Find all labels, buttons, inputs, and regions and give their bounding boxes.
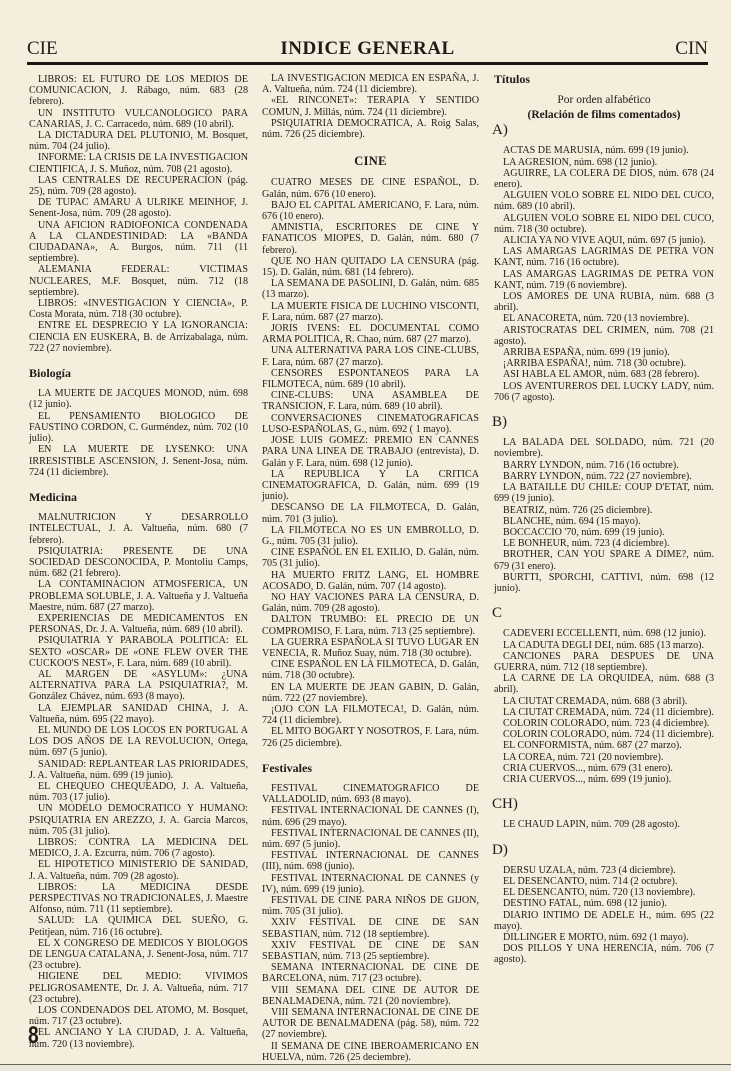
index-entry: EN LA MUERTE DE JEAN GABIN, D. Galán, nú… <box>262 682 479 704</box>
letter-heading: B) <box>492 417 714 428</box>
letter-group-entries: LA BALADA DEL SOLDADO, núm. 721 (20 novi… <box>494 437 714 594</box>
index-entry: LAS AMARGAS LAGRIMAS DE PETRA VON KANT, … <box>494 246 714 268</box>
letter-heading: C <box>492 608 714 619</box>
index-entry: VIII SEMANA INTERNACIONAL DE CINE DE AUT… <box>262 1007 479 1041</box>
index-entry: QUE NO HAN QUITADO LA CENSURA (pág. 15).… <box>262 256 479 278</box>
index-entry: AMNISTIA, ESCRITORES DE CINE Y FANATICOS… <box>262 222 479 256</box>
index-entry: LA CADUTA DEGLI DEI, núm. 685 (13 marzo)… <box>494 640 714 651</box>
index-entry: INFORME: LA CRISIS DE LA INVESTIGACION C… <box>29 152 248 174</box>
letter-group-entries: DERSU UZALA, núm. 723 (4 diciembre).EL D… <box>494 865 714 966</box>
index-entry: «EL RINCONET»: TERAPIA Y SENTIDO COMUN, … <box>262 95 479 117</box>
index-entry: PSIQUIATRIA: PRESENTE DE UNA SOCIEDAD DE… <box>29 546 248 580</box>
index-entry: EXPERIENCIAS DE MEDICAMENTOS EN PERSONAS… <box>29 613 248 635</box>
index-entry: EL DESENCANTO, núm. 720 (13 noviembre). <box>494 887 714 898</box>
section-heading-festivales: Festivales <box>262 763 479 774</box>
index-entry: ASI HABLA EL AMOR, núm. 683 (28 febrero)… <box>494 369 714 380</box>
index-entry: ACTAS DE MARUSIA, núm. 699 (19 junio). <box>494 145 714 156</box>
index-entry: LA BATAILLE DU CHILE: COUP D'ETAT, núm. … <box>494 482 714 504</box>
index-entry: CANCIONES PARA DESPUES DE UNA GUERRA, nú… <box>494 651 714 673</box>
index-entry: FESTIVAL INTERNACIONAL DE CANNES (III), … <box>262 850 479 872</box>
index-entry: CADEVERI ECCELLENTI, núm. 698 (12 junio)… <box>494 628 714 639</box>
index-entry: LOS AMORES DE UNA RUBIA, núm. 688 (3 abr… <box>494 291 714 313</box>
index-entry: COLORIN COLORADO, núm. 723 (4 diciembre)… <box>494 718 714 729</box>
index-entry: LIBROS: CONTRA LA MEDICINA DEL MEDICO, J… <box>29 837 248 859</box>
index-entry: ALGUIEN VOLO SOBRE EL NIDO DEL CUCO, núm… <box>494 190 714 212</box>
index-entry: SANIDAD: REPLANTEAR LAS PRIORIDADES, J. … <box>29 759 248 781</box>
index-entry: FESTIVAL INTERNACIONAL DE CANNES (I), nú… <box>262 805 479 827</box>
index-entry: LA REPUBLICA Y LA CRITICA CINEMATOGRAFIC… <box>262 469 479 503</box>
index-entry: DOS PILLOS Y UNA HERENCIA, núm. 706 (7 a… <box>494 943 714 965</box>
index-entry: SALUD: LA QUIMICA DEL SUEÑO, G. Petitjea… <box>29 915 248 937</box>
page-title: INDICE GENERAL <box>27 38 708 60</box>
index-entry: FESTIVAL CINEMATOGRAFICO DE VALLADOLID, … <box>262 783 479 805</box>
index-entry: BURTTI, SPORCHI, CATTIVI, núm. 698 (12 j… <box>494 572 714 594</box>
ciencia-subsections: BiologíaLA MUERTE DE JACQUES MONOD, núm.… <box>29 368 248 1050</box>
cine-entries: CUATRO MESES DE CINE ESPAÑOL, D. Galán, … <box>262 177 479 748</box>
index-entry: EL CHEQUEO CHEQUEADO, J. A. Valtueña, nú… <box>29 781 248 803</box>
index-entry: PSIQUIATRIA Y PARABOLA POLITICA: EL SEXT… <box>29 635 248 669</box>
index-entry: FESTIVAL DE CINE PARA NIÑOS DE GIJON, nú… <box>262 895 479 917</box>
index-entry: LIBROS: LA MEDICINA DESDE PERSPECTIVAS N… <box>29 882 248 916</box>
letter-heading: D) <box>492 845 714 856</box>
section-heading: Biología <box>29 368 248 379</box>
index-entry: BAJO EL CAPITAL AMERICANO, F. Lara, núm.… <box>262 200 479 222</box>
letter-group-entries: ACTAS DE MARUSIA, núm. 699 (19 junio).LA… <box>494 145 714 403</box>
index-entry: BARRY LYNDON, núm. 716 (16 octubre). <box>494 460 714 471</box>
index-entry: DE TUPAC AMARU A ULRIKE MEINHOF, J. Sene… <box>29 197 248 219</box>
index-entry: LIBROS: «INVESTIGACION Y CIENCIA», P. Co… <box>29 298 248 320</box>
index-entry: UNA ALTERNATIVA PARA LOS CINE-CLUBS, F. … <box>262 345 479 367</box>
index-entry: LA BALADA DEL SOLDADO, núm. 721 (20 novi… <box>494 437 714 459</box>
index-entry: CENSORES ESPONTANEOS PARA LA FILMOTECA, … <box>262 368 479 390</box>
index-entry: LOS CONDENADOS DEL ATOMO, M. Bosquet, nú… <box>29 1005 248 1027</box>
titulos-letter-groups: A)ACTAS DE MARUSIA, núm. 699 (19 junio).… <box>494 125 714 965</box>
page-number: 8 <box>28 1022 39 1050</box>
index-entry: ALGUIEN VOLO SOBRE EL NIDO DEL CUCO, núm… <box>494 213 714 235</box>
index-entry: UNA AFICION RADIOFONICA CONDENADA A LA C… <box>29 220 248 265</box>
section-entries: LA MUERTE DE JACQUES MONOD, núm. 698 (12… <box>29 388 248 478</box>
index-entry: AL MARGEN DE «ASYLUM»: ¿UNA ALTERNATIVA … <box>29 669 248 703</box>
index-entry: EL PENSAMIENTO BIOLOGICO DE FAUSTINO COR… <box>29 411 248 445</box>
index-entry: EL ANCIANO Y LA CIUDAD, J. A. Valtueña, … <box>29 1027 248 1049</box>
column-2: LA INVESTIGACION MEDICA EN ESPAÑA, J. A.… <box>262 73 479 1063</box>
index-entry: JORIS IVENS: EL DOCUMENTAL COMO ARMA POL… <box>262 323 479 345</box>
index-entry: LA CIUTAT CREMADA, núm. 688 (3 abril). <box>494 696 714 707</box>
index-entry: EL MITO BOGART Y NOSOTROS, F. Lara, núm.… <box>262 726 479 748</box>
index-entry: EL X CONGRESO DE MEDICOS Y BIOLOGOS DE L… <box>29 938 248 972</box>
index-entry: CRIA CUERVOS..., núm. 679 (31 enero). <box>494 763 714 774</box>
index-entry: EL DESENCANTO, núm. 714 (2 octubre). <box>494 876 714 887</box>
section-heading: Medicina <box>29 492 248 503</box>
index-entry: LE BONHEUR, núm. 723 (4 diciembre). <box>494 538 714 549</box>
index-entry: FESTIVAL INTERNACIONAL DE CANNES (y IV),… <box>262 873 479 895</box>
index-entry: MALNUTRICION Y DESARROLLO INTELECTUAL, J… <box>29 512 248 546</box>
index-entry: UN INSTITUTO VULCANOLOGICO PARA CANARIAS… <box>29 108 248 130</box>
titulos-subtitle: Por orden alfabético <box>494 94 714 107</box>
index-entry: EL MUNDO DE LOS LOCOS EN PORTUGAL A LOS … <box>29 725 248 759</box>
index-entry: BARRY LYNDON, núm. 722 (27 noviembre). <box>494 471 714 482</box>
index-entry: LA GUERRA ESPAÑOLA SI TUVO LUGAR EN VENE… <box>262 637 479 659</box>
medicina-continued-entries: LA INVESTIGACION MEDICA EN ESPAÑA, J. A.… <box>262 73 479 140</box>
index-entry: LA EJEMPLAR SANIDAD CHINA, J. A. Valtueñ… <box>29 703 248 725</box>
index-entry: EL HIPOTETICO MINISTERIO DE SANIDAD, J. … <box>29 859 248 881</box>
index-entry: HIGIENE DEL MEDIO: VIVIMOS PELIGROSAMENT… <box>29 971 248 1005</box>
index-entry: DERSU UZALA, núm. 723 (4 diciembre). <box>494 865 714 876</box>
index-entry: LA DICTADURA DEL PLUTONIO, M. Bosquet, n… <box>29 130 248 152</box>
index-entry: JOSE LUIS GOMEZ: PREMIO EN CANNES PARA U… <box>262 435 479 469</box>
index-entry: PSIQUIATRIA DEMOCRATICA, A. Roig Salas, … <box>262 118 479 140</box>
index-entry: BEATRIZ, núm. 726 (25 diciembre). <box>494 505 714 516</box>
index-entry: ENTRE EL DESPRECIO Y LA IGNORANCIA: CIEN… <box>29 320 248 354</box>
index-entry: XXIV FESTIVAL DE CINE DE SAN SEBASTIAN, … <box>262 917 479 939</box>
index-entry: BROTHER, CAN YOU SPARE A DIME?, núm. 679… <box>494 549 714 571</box>
festivales-entries: FESTIVAL CINEMATOGRAFICO DE VALLADOLID, … <box>262 783 479 1063</box>
index-entry: BOCCACCIO '70, núm. 699 (19 junio). <box>494 527 714 538</box>
index-entry: LA FILMOTECA NO ES UN EMBROLLO, D. G., n… <box>262 525 479 547</box>
index-entry: DILLINGER E MORTO, núm. 692 (1 mayo). <box>494 932 714 943</box>
index-entry: DESCANSO DE LA FILMOTECA, D. Galán, núm.… <box>262 502 479 524</box>
index-entry: XXIV FESTIVAL DE CINE DE SAN SEBASTIAN, … <box>262 940 479 962</box>
index-entry: DESTINO FATAL, núm. 698 (12 junio). <box>494 898 714 909</box>
index-entry: CUATRO MESES DE CINE ESPAÑOL, D. Galán, … <box>262 177 479 199</box>
index-entry: COLORIN COLORADO, núm. 724 (11 diciembre… <box>494 729 714 740</box>
index-entry: SEMANA INTERNACIONAL DE CINE DE BARCELON… <box>262 962 479 984</box>
index-entry: HA MUERTO FRITZ LANG, EL HOMBRE ACOSADO,… <box>262 570 479 592</box>
index-entry: LAS CENTRALES DE RECUPERACION (pág. 25),… <box>29 175 248 197</box>
index-entry: NO HAY VACIONES PARA LA CENSURA, D. Galá… <box>262 592 479 614</box>
index-entry: VIII SEMANA DEL CINE DE AUTOR DE BENALMA… <box>262 985 479 1007</box>
index-entry: EL ANACORETA, núm. 720 (13 noviembre). <box>494 313 714 324</box>
index-entry: AGUIRRE, LA COLERA DE DIOS, núm. 678 (24… <box>494 168 714 190</box>
index-entry: EN LA MUERTE DE LYSENKO: UNA IRRESISTIBL… <box>29 444 248 478</box>
page-header: CIE INDICE GENERAL CIN <box>27 36 708 65</box>
header-range-end: CIN <box>675 38 708 60</box>
section-entries: MALNUTRICION Y DESARROLLO INTELECTUAL, J… <box>29 512 248 1050</box>
index-entry: EL CONFORMISTA, núm. 687 (27 marzo). <box>494 740 714 751</box>
letter-heading: CH) <box>492 799 714 810</box>
section-heading-titulos: Títulos <box>494 74 714 85</box>
index-entry: LA MUERTE FISICA DE LUCHINO VISCONTI, F.… <box>262 301 479 323</box>
index-entry: LA INVESTIGACION MEDICA EN ESPAÑA, J. A.… <box>262 73 479 95</box>
index-entry: II SEMANA DE CINE IBEROAMERICANO EN HUEL… <box>262 1041 479 1063</box>
index-entry: DIARIO INTIMO DE ADELE H., núm. 695 (22 … <box>494 910 714 932</box>
index-entry: CRIA CUERVOS..., núm. 699 (19 junio). <box>494 774 714 785</box>
index-entry: CINE ESPAÑOL EN EL EXILIO, D. Galán, núm… <box>262 547 479 569</box>
index-entry: ¡ARRIBA ESPAÑA!, núm. 718 (30 octubre). <box>494 358 714 369</box>
index-entry: LA MUERTE DE JACQUES MONOD, núm. 698 (12… <box>29 388 248 410</box>
index-entry: ALICIA YA NO VIVE AQUI, núm. 697 (5 juni… <box>494 235 714 246</box>
section-heading-cine: CINE <box>262 156 479 167</box>
index-entry: LA COREA, núm. 721 (20 noviembre). <box>494 752 714 763</box>
index-entry: CINE ESPAÑOL EN LA FILMOTECA, D. Galán, … <box>262 659 479 681</box>
titulos-subtitle-bold: (Relación de films comentados) <box>494 109 714 122</box>
ciencia-entries: LIBROS: EL FUTURO DE LOS MEDIOS DE COMUN… <box>29 74 248 354</box>
letter-group-entries: LE CHAUD LAPIN, núm. 709 (28 agosto). <box>494 819 714 830</box>
index-page: CIE INDICE GENERAL CIN LIBROS: EL FUTURO… <box>0 0 731 1065</box>
index-entry: LAS AMARGAS LAGRIMAS DE PETRA VON KANT, … <box>494 269 714 291</box>
index-entry: LE CHAUD LAPIN, núm. 709 (28 agosto). <box>494 819 714 830</box>
index-entry: ARISTOCRATAS DEL CRIMEN, núm. 708 (21 ag… <box>494 325 714 347</box>
index-entry: LA CIUTAT CREMADA, núm. 724 (11 diciembr… <box>494 707 714 718</box>
index-entry: LOS AVENTUREROS DEL LUCKY LADY, núm. 706… <box>494 381 714 403</box>
column-1: LIBROS: EL FUTURO DE LOS MEDIOS DE COMUN… <box>29 74 248 1050</box>
index-entry: LA SEMANA DE PASOLINI, D. Galán, núm. 68… <box>262 278 479 300</box>
index-entry: ARRIBA ESPAÑA, núm. 699 (19 junio). <box>494 347 714 358</box>
index-entry: LA AGRESION, núm. 698 (12 junio). <box>494 157 714 168</box>
index-entry: CONVERSACIONES CINEMATOGRAFICAS LUSO-ESP… <box>262 413 479 435</box>
index-entry: CINE-CLUBS: UNA ASAMBLEA DE TRANSICION, … <box>262 390 479 412</box>
column-3: Títulos Por orden alfabético (Relación d… <box>494 74 714 966</box>
index-entry: LA CARNE DE LA ORQUIDEA, núm. 688 (3 abr… <box>494 673 714 695</box>
index-entry: FESTIVAL INTERNACIONAL DE CANNES (II), n… <box>262 828 479 850</box>
index-entry: LA CONTAMINACION ATMOSFERICA, UN PROBLEM… <box>29 579 248 613</box>
index-entry: BLANCHE, núm. 694 (15 mayo). <box>494 516 714 527</box>
letter-heading: A) <box>492 125 714 136</box>
index-entry: LIBROS: EL FUTURO DE LOS MEDIOS DE COMUN… <box>29 74 248 108</box>
letter-group-entries: CADEVERI ECCELLENTI, núm. 698 (12 junio)… <box>494 628 714 785</box>
index-entry: ALEMANIA FEDERAL: VICTIMAS NUCLEARES, M.… <box>29 264 248 298</box>
index-entry: DALTON TRUMBO: EL PRECIO DE UN COMPROMIS… <box>262 614 479 636</box>
index-entry: UN MODELO DEMOCRATICO Y HUMANO: PSIQUIAT… <box>29 803 248 837</box>
index-entry: ¡OJO CON LA FILMOTECA!, D. Galán, núm. 7… <box>262 704 479 726</box>
